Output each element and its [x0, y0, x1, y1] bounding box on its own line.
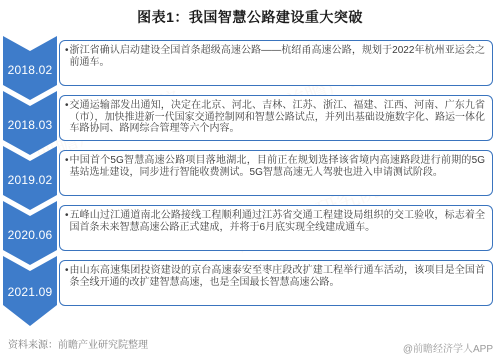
timeline-event-text: 由山东高速集团投资建设的京台高速泰安至枣庄段改扩建工程举行通车活动，该项目是全国… [70, 265, 485, 288]
timeline-event-box: • 由山东高速集团投资建设的京台高速泰安至枣庄段改扩建工程举行通车活动，该项目是… [59, 260, 493, 306]
chart-title: 图表1：我国智慧公路建设重大突破 [0, 7, 500, 27]
brand-credit: @前瞻经济学人APP [403, 340, 493, 355]
timeline-event-text: 交通运输部发出通知，决定在北京、河北、吉林、江苏、浙江、福建、江西、河南、广东九… [70, 100, 485, 135]
bullet-marker: • [65, 210, 69, 222]
bullet-marker: • [65, 265, 69, 277]
timeline-date: 2021.09 [3, 285, 57, 299]
timeline-chevron-2020-06: 2020.06 [3, 201, 57, 265]
timeline-event-box: • 中国首个5G智慧高速公路项目落地湖北，目前正在规划选择该省境内高速路段进行前… [59, 150, 493, 196]
timeline-event-text: 五峰山过江通道南北公路接线工程顺利通过江苏省交通工程建设局组织的交工验收，标志着… [70, 210, 485, 233]
bullet-marker: • [65, 45, 69, 57]
bullet-marker: • [65, 100, 69, 112]
timeline-event-text: 浙江省确认启动建设全国首条超级高速公路——杭绍甬高速公路，规划于2022年杭州亚… [70, 45, 485, 68]
timeline-chevron-2021-09: 2021.09 [3, 256, 57, 326]
timeline-event-box: • 五峰山过江通道南北公路接线工程顺利通过江苏省交通工程建设局组织的交工验收，标… [59, 205, 493, 251]
timeline-date: 2018.02 [3, 63, 57, 77]
timeline-date: 2019.02 [3, 173, 57, 187]
source-note: 资料来源：前瞻产业研究院整理 [8, 336, 148, 351]
timeline-date: 2020.06 [3, 228, 57, 242]
timeline-event-box: • 浙江省确认启动建设全国首条超级高速公路——杭绍甬高速公路，规划于2022年杭… [59, 40, 493, 86]
timeline-chevron-2018-02: 2018.02 [3, 36, 57, 100]
timeline-date: 2018.03 [3, 118, 57, 132]
timeline-chevron-2019-02: 2019.02 [3, 146, 57, 210]
bullet-marker: • [65, 155, 69, 167]
timeline-chevron-2018-03: 2018.03 [3, 91, 57, 155]
timeline-event-text: 中国首个5G智慧高速公路项目落地湖北，目前正在规划选择该省境内高速路段进行前期的… [70, 155, 485, 178]
timeline-event-box: • 交通运输部发出通知，决定在北京、河北、吉林、江苏、浙江、福建、江西、河南、广… [59, 95, 493, 141]
infographic-canvas: 前瞻产业研究院 前瞻产业研究院 前瞻产业研究院 图表1：我国智慧公路建设重大突破… [0, 0, 500, 360]
